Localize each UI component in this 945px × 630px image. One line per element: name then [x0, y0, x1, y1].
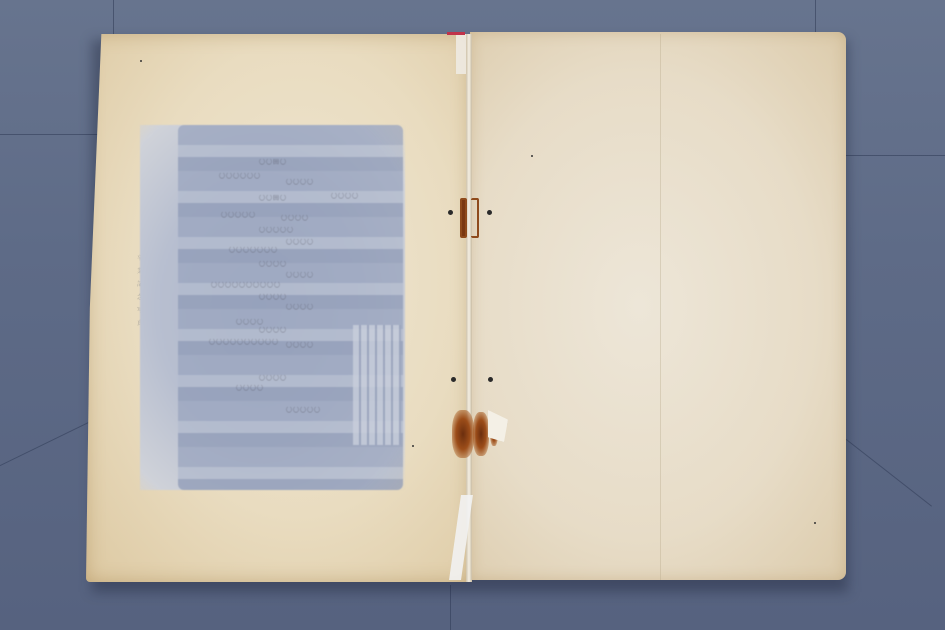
photo-caption: 〇〇〇〇〇〇〇〇〇〇 — [210, 280, 280, 289]
photo-caption: 〇〇〇〇 — [285, 177, 313, 186]
paper-speck — [814, 522, 816, 524]
photo-caption: 〇〇〇〇 — [285, 340, 313, 349]
photo-caption: 〇〇〇〇〇 — [285, 405, 320, 414]
paper-speck — [531, 155, 533, 157]
show-through-photo: 〇田〇〇 〇〇〇〇〇〇 〇〇〇〇 〇〇〇〇 〇田〇〇 〇〇〇〇〇 〇〇〇〇 〇〇… — [140, 125, 405, 490]
spine-tape-top — [456, 34, 466, 74]
photo-caption: 〇田〇〇 — [258, 157, 286, 166]
photo-caption: 〇〇〇〇〇 — [220, 210, 255, 219]
mat-grid-line — [0, 422, 89, 471]
rust-staple-mark — [471, 198, 479, 238]
photo-caption: 〇〇〇〇〇 — [258, 225, 293, 234]
red-ink-mark — [447, 32, 465, 35]
photo-caption: 〇〇〇〇 — [258, 292, 286, 301]
mat-grid-line — [113, 0, 114, 34]
photo-caption: 〇〇〇〇 — [280, 213, 308, 222]
binding-hole — [451, 377, 456, 382]
paper-speck — [140, 60, 142, 62]
photo-captions: 〇田〇〇 〇〇〇〇〇〇 〇〇〇〇 〇〇〇〇 〇田〇〇 〇〇〇〇〇 〇〇〇〇 〇〇… — [140, 125, 405, 490]
photo-caption: 〇〇〇〇 — [258, 373, 286, 382]
photo-caption: 〇〇〇〇〇〇〇 — [228, 245, 277, 254]
photo-caption: 〇〇〇〇 — [258, 325, 286, 334]
binding-hole — [448, 210, 453, 215]
rust-stain — [473, 412, 489, 456]
binding-hole — [488, 377, 493, 382]
paper-speck — [412, 445, 414, 447]
photo-caption: 〇〇〇〇 — [285, 302, 313, 311]
binding-hole — [487, 210, 492, 215]
rust-stain — [452, 410, 474, 458]
right-page-crease — [660, 34, 661, 580]
photo-caption: 〇田〇〇 — [258, 193, 286, 202]
photo-caption: 〇〇〇〇 — [330, 191, 358, 200]
mat-grid-line — [0, 134, 100, 135]
rust-staple-mark — [460, 198, 467, 238]
photo-caption: 〇〇〇〇〇〇 — [218, 171, 260, 180]
photo-caption: 〇〇〇〇〇〇〇〇〇〇 — [208, 337, 278, 346]
photo-caption: 〇〇〇〇 — [285, 270, 313, 279]
right-page — [470, 32, 846, 580]
mat-grid-line — [845, 155, 945, 156]
photo-caption: 〇〇〇〇 — [258, 259, 286, 268]
photo-caption: 〇〇〇〇 — [235, 383, 263, 392]
mat-grid-line — [845, 438, 932, 507]
photo-caption: 〇〇〇〇 — [285, 237, 313, 246]
